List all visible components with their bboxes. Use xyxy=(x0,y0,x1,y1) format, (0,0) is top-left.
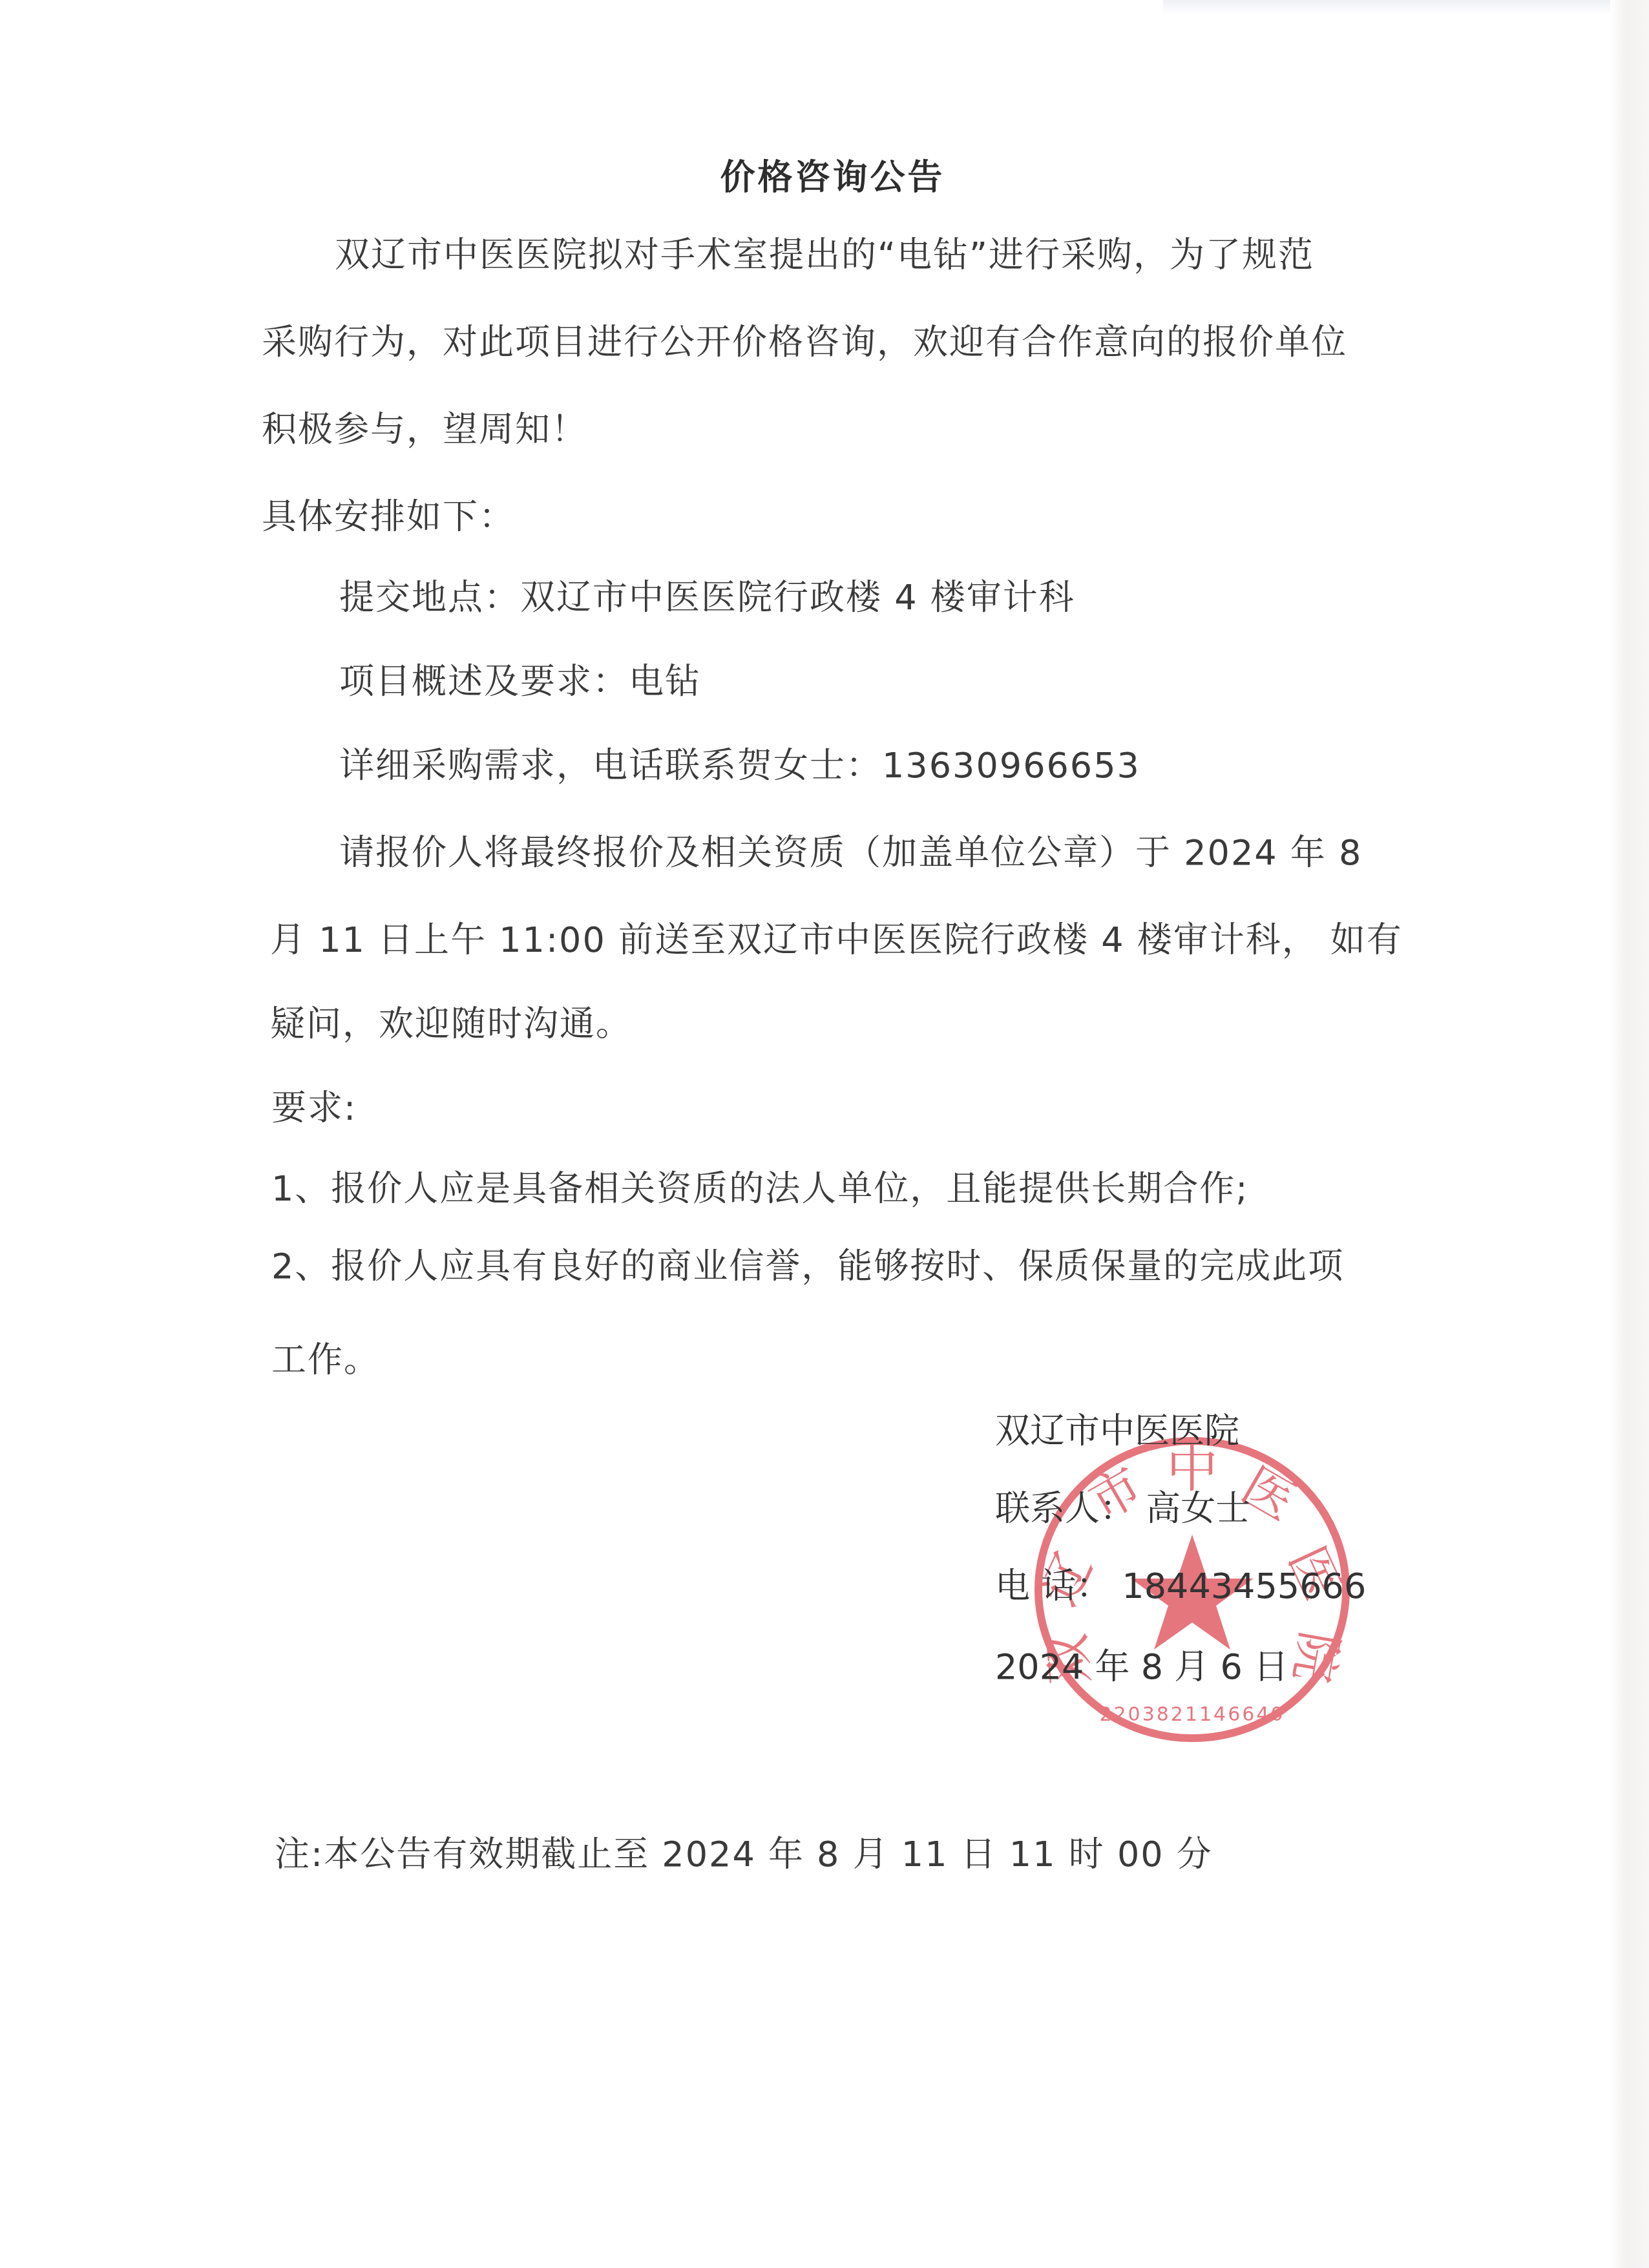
intro-line-2: 采购行为，对此项目进行公开价格咨询，欢迎有合作意向的报价单位 xyxy=(262,320,1347,365)
intro-line-3: 积极参与，望周知！ xyxy=(262,407,587,452)
submit-location: 提交地点：双辽市中医医院行政楼 4 楼审计科 xyxy=(339,575,1075,620)
signature-date: 2024 年 8 月 6 日 xyxy=(995,1644,1288,1690)
project-overview: 项目概述及要求：电钻 xyxy=(339,659,701,704)
contact-detail: 详细采购需求，电话联系贺女士：13630966653 xyxy=(339,743,1140,788)
requirements-heading: 要求: xyxy=(271,1086,357,1131)
scan-artifact-top xyxy=(1163,0,1615,14)
svg-text:2203821146640: 2203821146640 xyxy=(1099,1703,1285,1726)
signature-contact-person: 联系人： 高女士 xyxy=(995,1486,1250,1531)
signature-organization: 双辽市中医医院 xyxy=(995,1409,1239,1454)
arrangement-heading: 具体安排如下： xyxy=(262,494,515,540)
requirement-2: 2、报价人应具有良好的商业信誉，能够按时、保质保量的完成此项 xyxy=(271,1244,1344,1289)
document-title: 价格咨询公告 xyxy=(0,150,1649,200)
requirement-2-cont: 工作。 xyxy=(271,1338,380,1383)
validity-note: 注:本公告有效期截止至 2024 年 8 月 11 日 11 时 00 分 xyxy=(275,1832,1213,1877)
deadline-line-2: 月 11 日上午 11:00 前送至双辽市中医医院行政楼 4 楼审计科， 如有 xyxy=(270,918,1403,963)
svg-text:院: 院 xyxy=(1283,1627,1349,1686)
deadline-line-1: 请报价人将最终报价及相关资质（加盖单位公章）于 2024 年 8 xyxy=(339,830,1362,876)
signature-phone: 电 话： 18443455666 xyxy=(995,1564,1366,1609)
deadline-line-3: 疑问，欢迎随时沟通。 xyxy=(270,1002,632,1047)
intro-line-1: 双辽市中医医院拟对手术室提出的“电钻”进行采购，为了规范 xyxy=(335,233,1314,278)
requirement-1: 1、报价人应是具备相关资质的法人单位，且能提供长期合作; xyxy=(271,1166,1249,1212)
scan-artifact-edge xyxy=(1610,0,1649,2268)
